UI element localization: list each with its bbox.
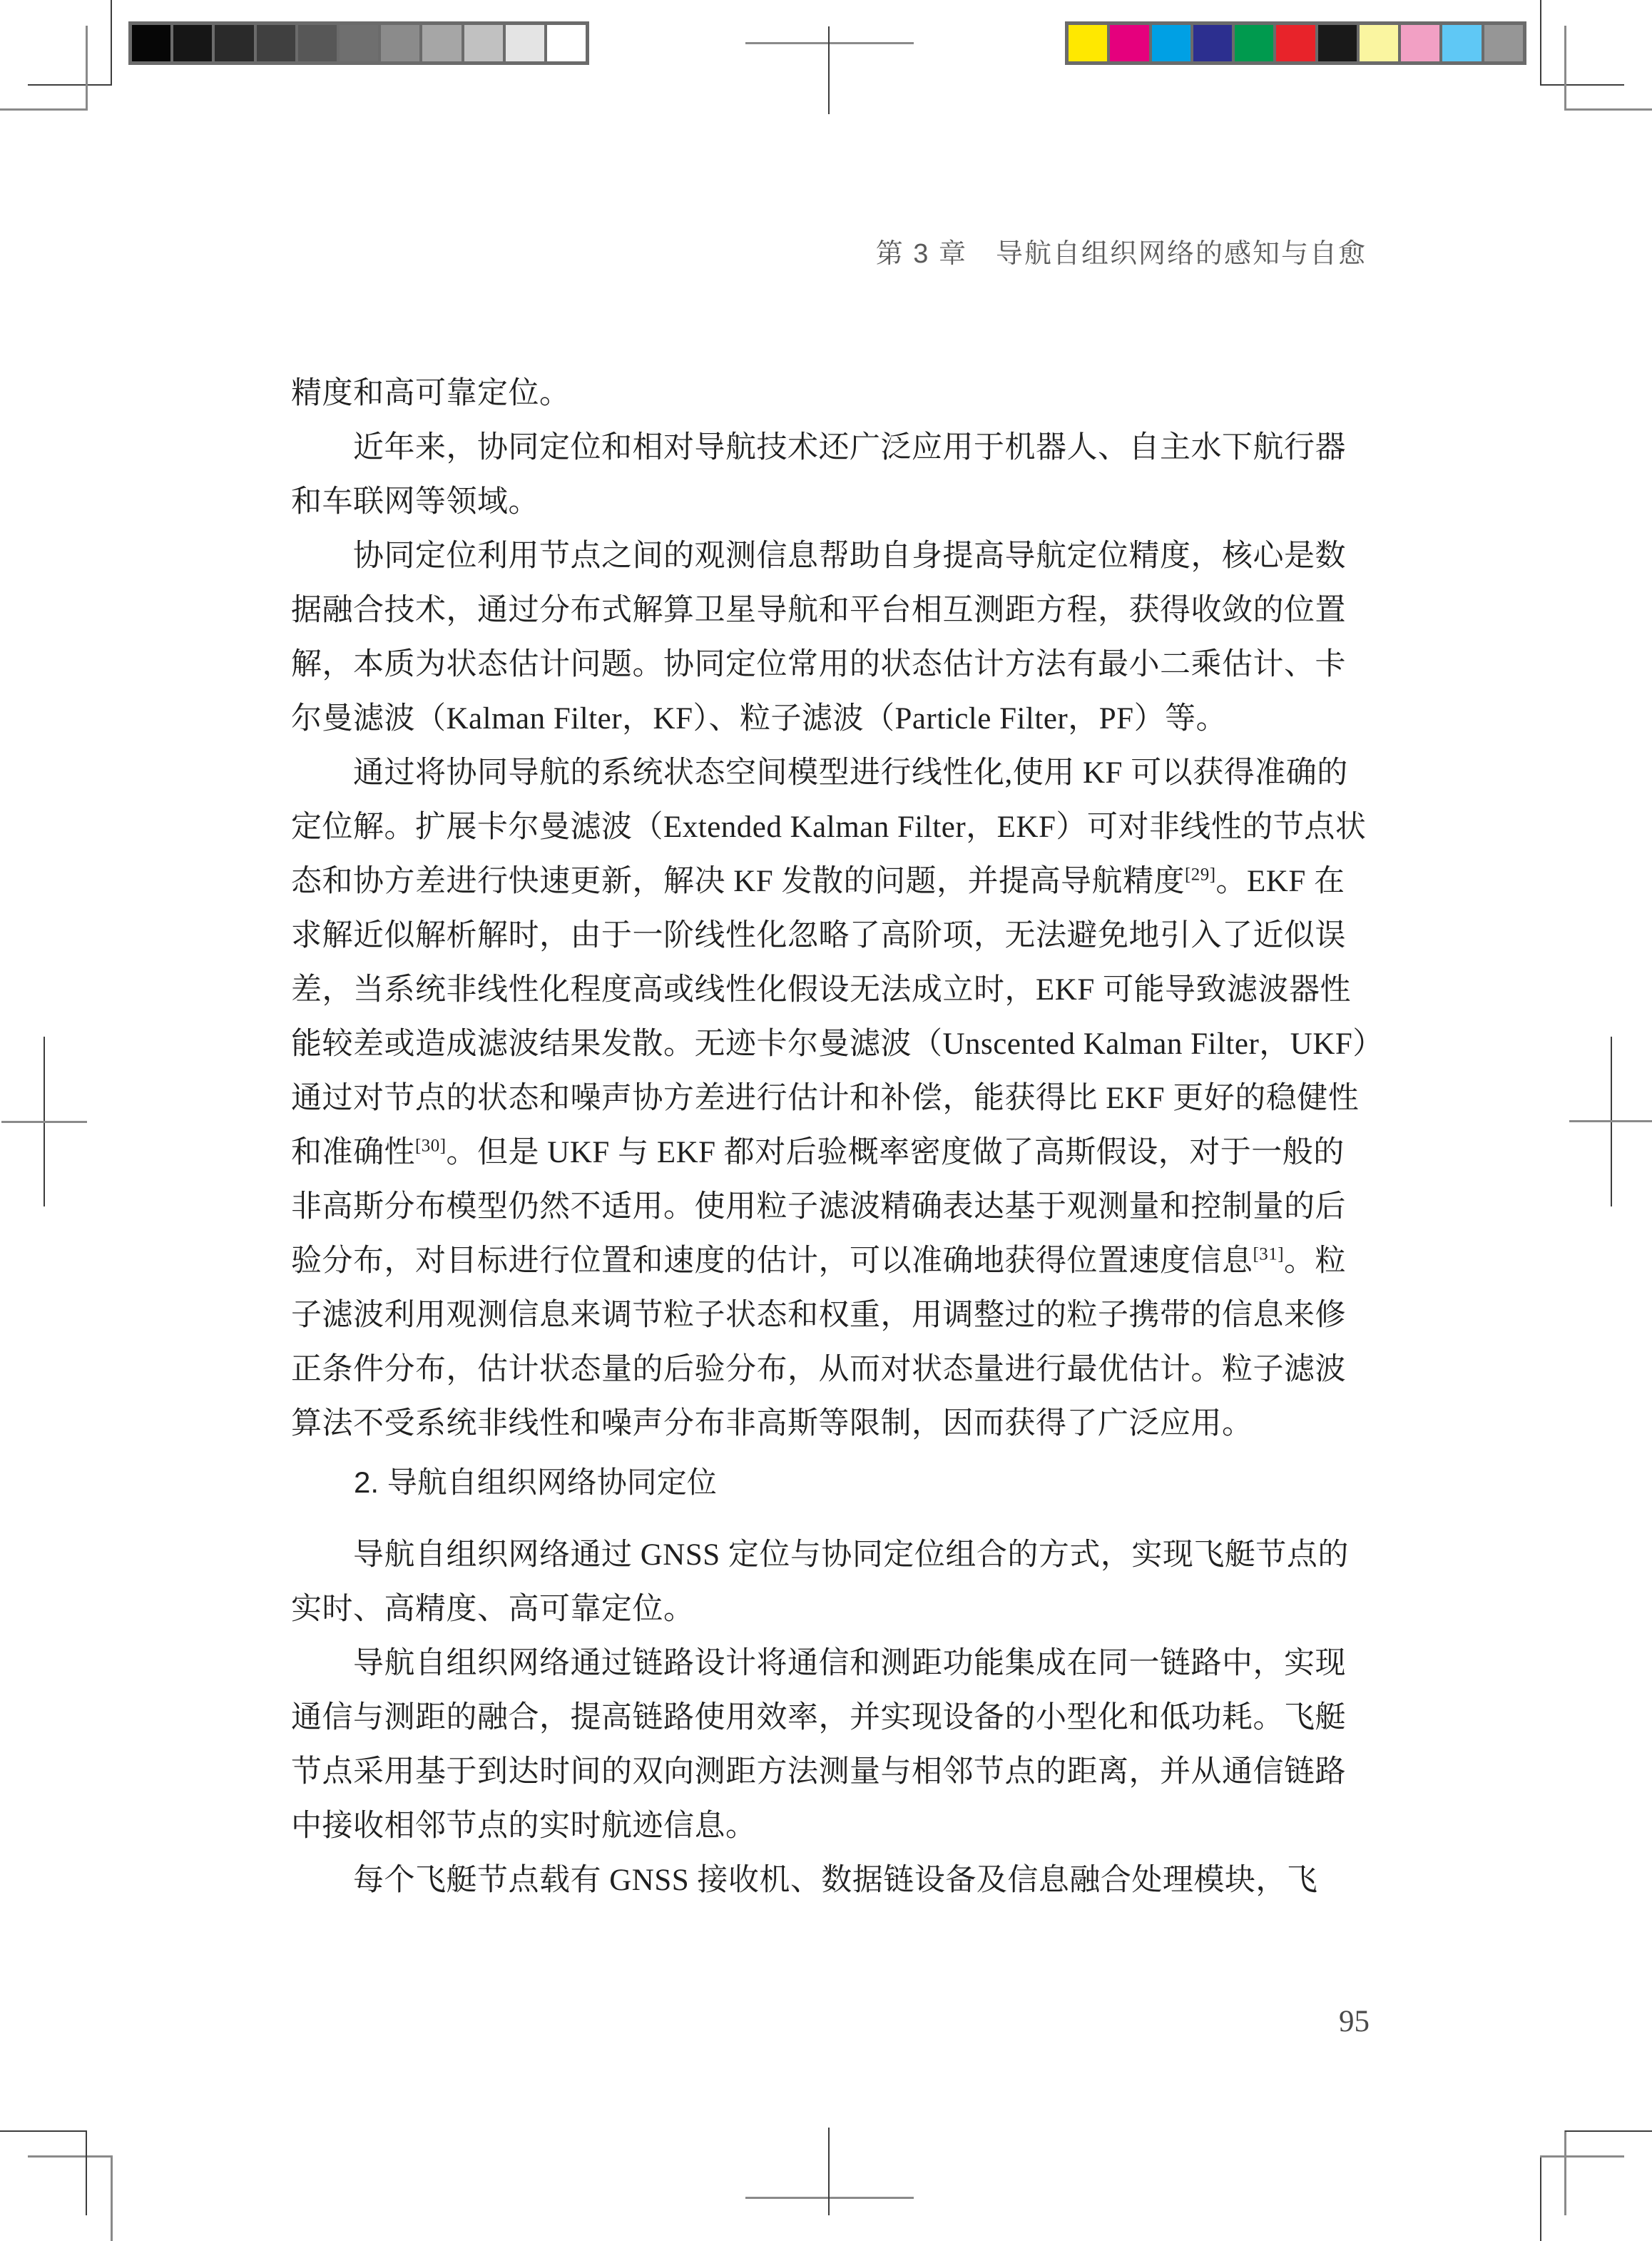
grayscale-swatch xyxy=(215,25,253,61)
color-swatch xyxy=(1360,25,1398,61)
grayscale-swatch xyxy=(173,25,212,61)
text-line: 态和协方差进行快速更新，解决 KF 发散的问题，并提高导航精度[29]。EKF … xyxy=(291,855,1370,909)
text-line: 解，本质为状态估计问题。协同定位常用的状态估计方法有最小二乘估计、卡 xyxy=(291,638,1370,692)
section-heading: 2. 导航自组织网络协同定位 xyxy=(291,1455,1370,1510)
crop-mark xyxy=(1565,108,1652,111)
color-swatch xyxy=(1069,25,1107,61)
text-line: 和车联网等领域。 xyxy=(291,475,1370,529)
text-line: 据融合技术，通过分布式解算卫星导航和平台相互测距方程，获得收敛的位置 xyxy=(291,584,1370,638)
color-swatch xyxy=(1318,25,1357,61)
grayscale-swatch xyxy=(547,25,586,61)
book-page: 第 3 章 导航自组织网络的感知与自愈 精度和高可靠定位。 近年来，协同定位和相… xyxy=(0,0,1652,2241)
crop-mark xyxy=(0,2130,87,2132)
crop-mark xyxy=(86,26,88,111)
grayscale-swatch xyxy=(422,25,461,61)
body-text-block-2: 导航自组织网络通过 GNSS 定位与协同定位组合的方式，实现飞艇节点的实时、高精… xyxy=(291,1528,1370,1908)
grayscale-swatch xyxy=(506,25,544,61)
registration-cross xyxy=(828,26,830,114)
crop-mark xyxy=(1540,2155,1624,2158)
text-line: 近年来，协同定位和相对导航技术还广泛应用于机器人、自主水下航行器 xyxy=(291,421,1370,475)
text-line: 通信与测距的融合，提高链路使用效率，并实现设备的小型化和低功耗。飞艇 xyxy=(291,1691,1370,1745)
body-text-block-1: 精度和高可靠定位。 近年来，协同定位和相对导航技术还广泛应用于机器人、自主水下航… xyxy=(291,367,1370,1451)
text-line: 导航自组织网络通过 GNSS 定位与协同定位组合的方式，实现飞艇节点的 xyxy=(291,1528,1370,1582)
page-number: 95 xyxy=(291,2002,1370,2042)
color-swatch xyxy=(1152,25,1190,61)
text-line: 正条件分布，估计状态量的后验分布，从而对状态量进行最优估计。粒子滤波 xyxy=(291,1343,1370,1397)
crop-mark xyxy=(28,84,112,86)
grayscale-swatch xyxy=(340,25,378,61)
text-line: 验分布，对目标进行位置和速度的估计，可以准确地获得位置速度信息[31]。粒 xyxy=(291,1234,1370,1289)
color-swatch xyxy=(1193,25,1232,61)
grayscale-calibration-bar xyxy=(128,21,589,65)
text-line: 求解近似解析解时，由于一阶线性化忽略了高阶项，无法避免地引入了近似误 xyxy=(291,909,1370,963)
grayscale-swatch xyxy=(464,25,503,61)
crop-mark xyxy=(1540,84,1624,86)
crop-mark xyxy=(86,2130,87,2215)
text-line: 通过将协同导航的系统状态空间模型进行线性化,使用 KF 可以获得准确的 xyxy=(291,746,1370,801)
text-line: 定位解。扩展卡尔曼滤波（Extended Kalman Filter，EKF）可… xyxy=(291,801,1370,855)
color-swatch xyxy=(1110,25,1148,61)
text-line: 子滤波利用观测信息来调节粒子状态和权重，用调整过的粒子携带的信息来修 xyxy=(291,1289,1370,1343)
text-line: 精度和高可靠定位。 xyxy=(291,367,1370,421)
text-line: 差，当系统非线性化程度高或线性化假设无法成立时，EKF 可能导致滤波器性 xyxy=(291,963,1370,1017)
registration-cross xyxy=(1,1121,87,1123)
crop-mark xyxy=(111,0,112,86)
color-swatch xyxy=(1484,25,1523,61)
registration-cross xyxy=(1569,1120,1652,1122)
crop-mark xyxy=(1540,0,1541,86)
text-line: 尔曼滤波（Kalman Filter，KF）、粒子滤波（Particle Fil… xyxy=(291,692,1370,746)
color-swatch xyxy=(1235,25,1273,61)
registration-cross xyxy=(828,2128,830,2215)
crop-mark xyxy=(1564,26,1566,111)
crop-mark xyxy=(111,2155,113,2241)
registration-cross xyxy=(745,42,914,44)
registration-cross xyxy=(745,2197,914,2199)
text-line: 能较差或造成滤波结果发散。无迹卡尔曼滤波（Unscented Kalman Fi… xyxy=(291,1017,1370,1072)
text-line: 和准确性[30]。但是 UKF 与 EKF 都对后验概率密度做了高斯假设，对于一… xyxy=(291,1126,1370,1180)
color-swatch xyxy=(1442,25,1481,61)
text-line: 实时、高精度、高可靠定位。 xyxy=(291,1582,1370,1637)
text-line: 通过对节点的状态和噪声协方差进行估计和补偿，能获得比 EKF 更好的稳健性 xyxy=(291,1072,1370,1126)
crop-mark xyxy=(1564,2130,1566,2215)
crop-mark xyxy=(1540,2155,1541,2241)
text-line: 非高斯分布模型仍然不适用。使用粒子滤波精确表达基于观测量和控制量的后 xyxy=(291,1180,1370,1234)
grayscale-swatch xyxy=(298,25,337,61)
color-swatch xyxy=(1401,25,1439,61)
text-line: 中接收相邻节点的实时航迹信息。 xyxy=(291,1799,1370,1854)
crop-mark xyxy=(28,2155,112,2158)
color-calibration-bar xyxy=(1065,21,1526,65)
text-line: 每个飞艇节点载有 GNSS 接收机、数据链设备及信息融合处理模块，飞 xyxy=(291,1854,1370,1908)
text-line: 协同定位利用节点之间的观测信息帮助自身提高导航定位精度，核心是数 xyxy=(291,529,1370,584)
crop-mark xyxy=(0,108,87,111)
grayscale-swatch xyxy=(132,25,170,61)
text-line: 导航自组织网络通过链路设计将通信和测距功能集成在同一链路中，实现 xyxy=(291,1637,1370,1691)
crop-mark xyxy=(1565,2130,1652,2132)
grayscale-swatch xyxy=(381,25,419,61)
color-swatch xyxy=(1276,25,1315,61)
text-line: 节点采用基于到达时间的双向测距方法测量与相邻节点的距离，并从通信链路 xyxy=(291,1745,1370,1799)
text-line: 算法不受系统非线性和噪声分布非高斯等限制，因而获得了广泛应用。 xyxy=(291,1397,1370,1451)
grayscale-swatch xyxy=(257,25,295,61)
running-head-chapter-title: 第 3 章 导航自组织网络的感知与自愈 xyxy=(291,234,1367,274)
